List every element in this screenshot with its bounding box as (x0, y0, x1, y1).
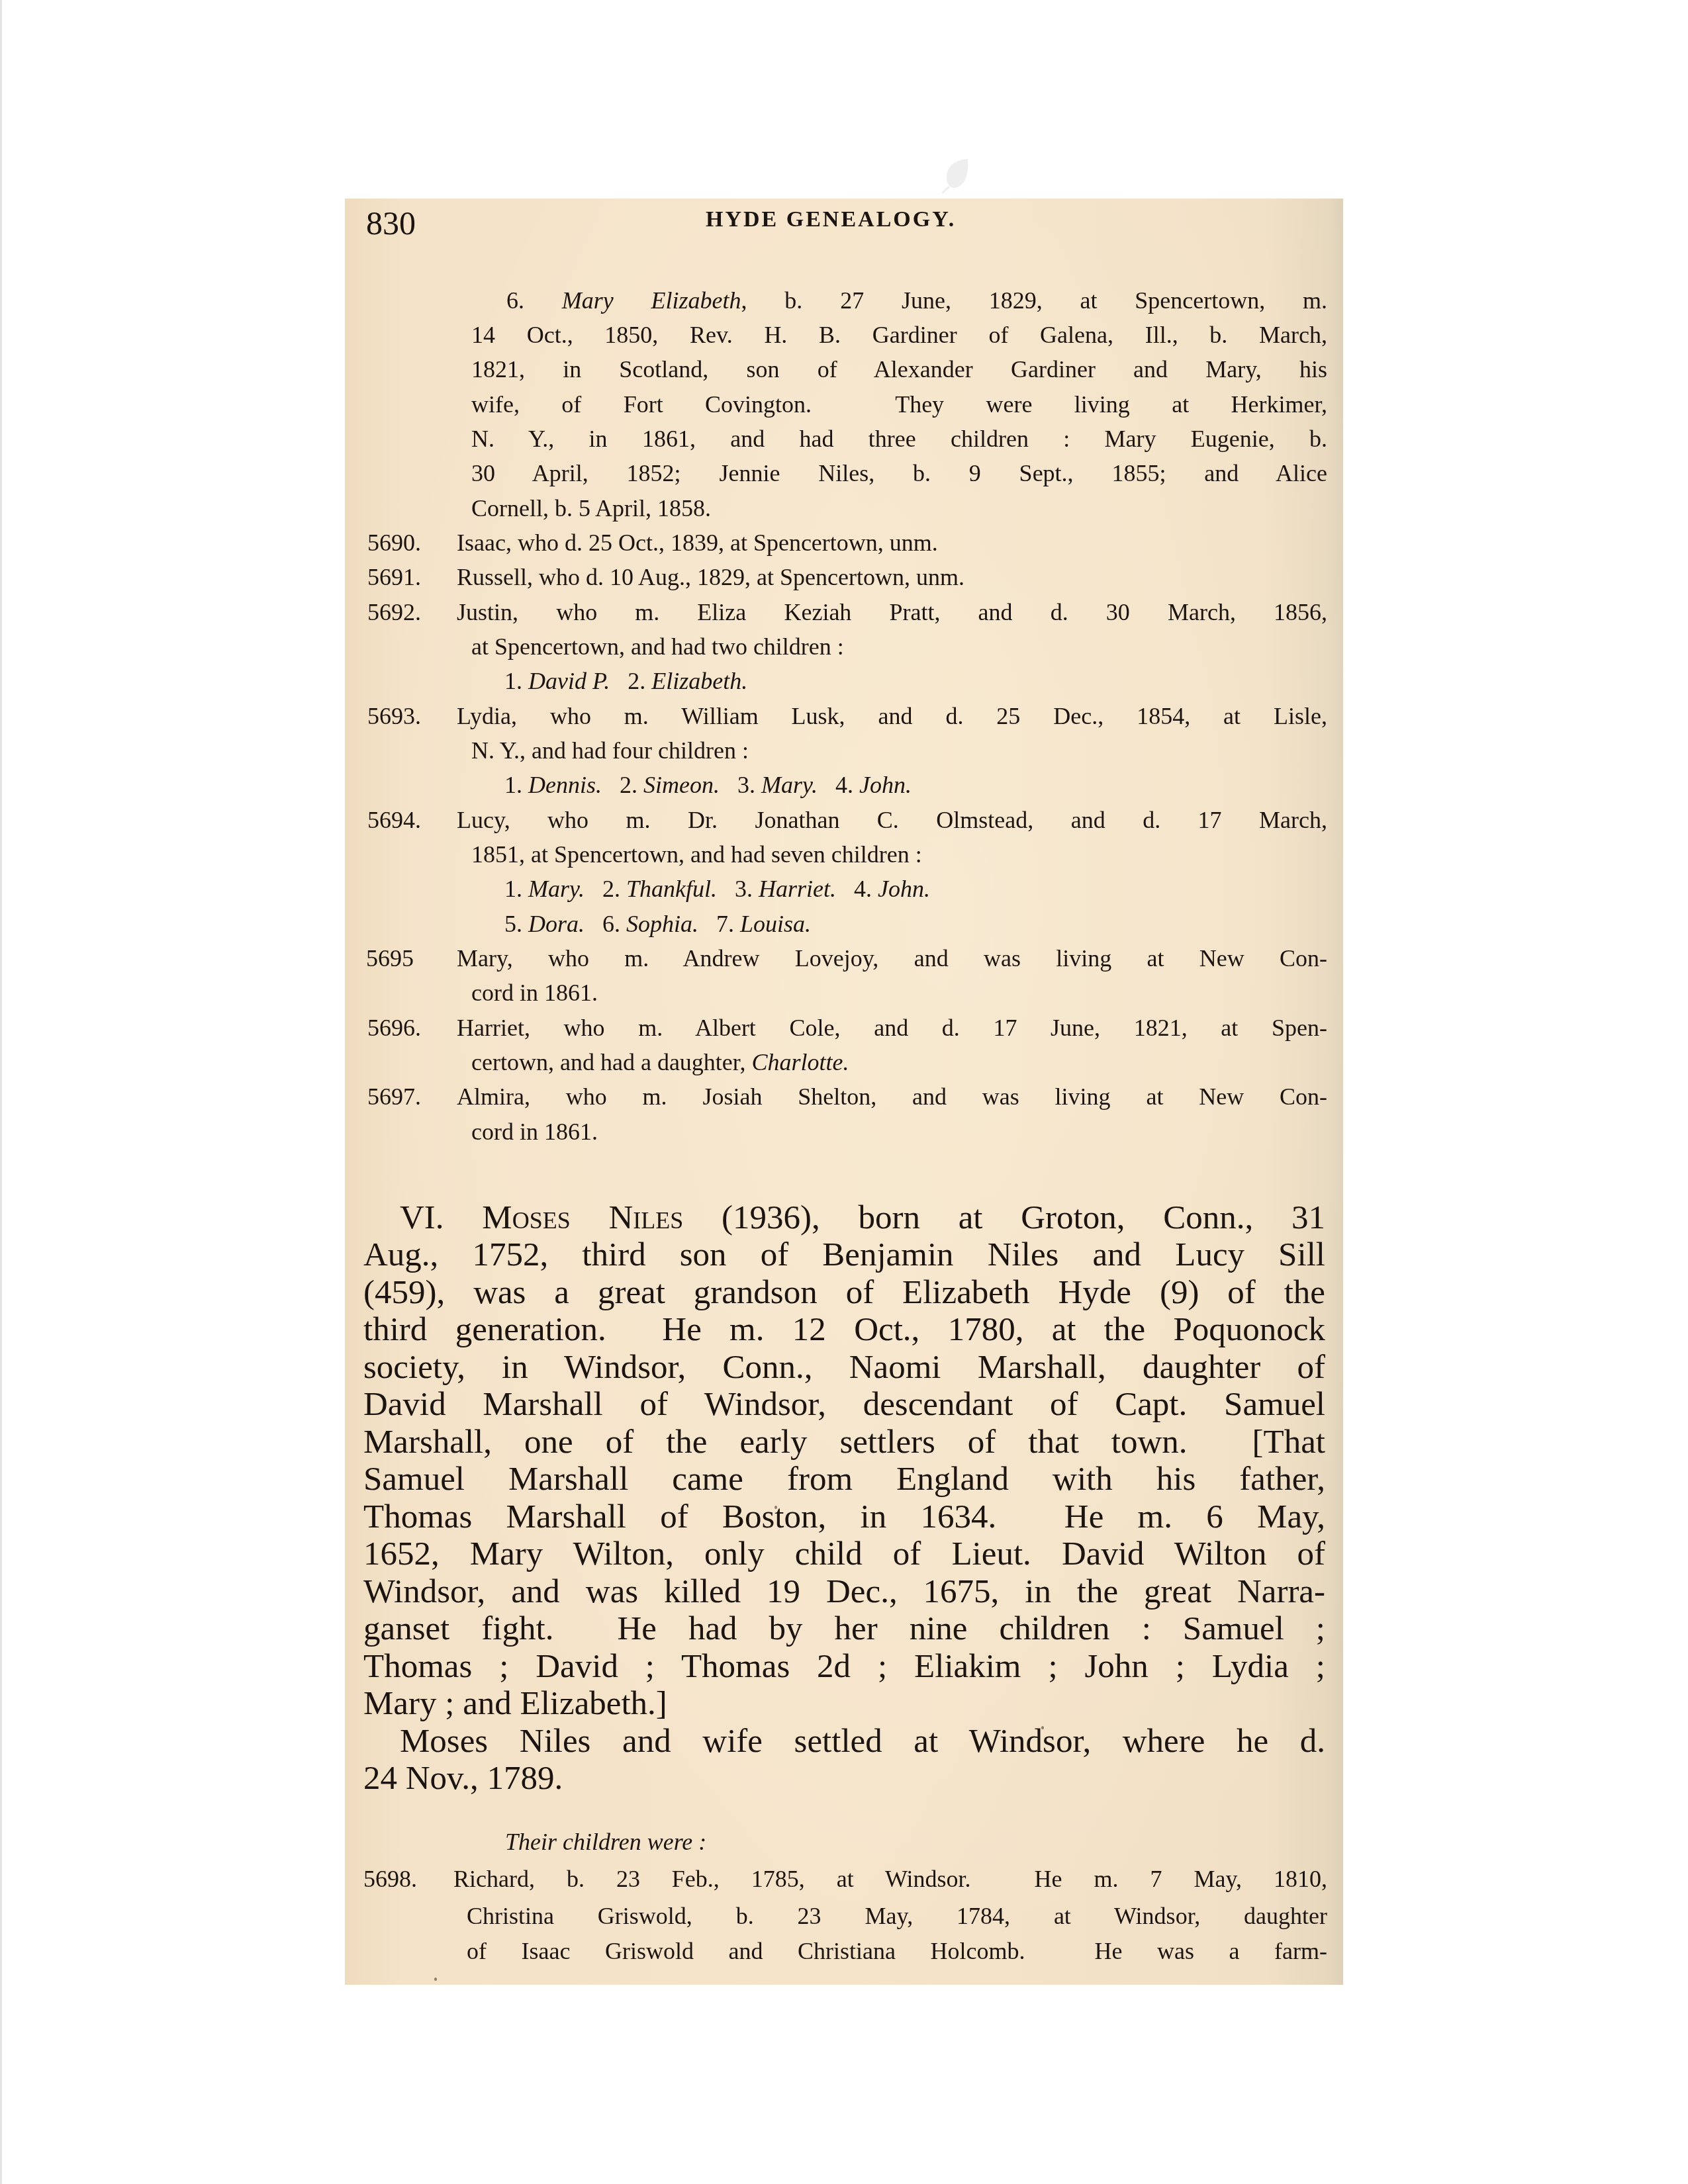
entry-number: 5692. (367, 600, 421, 624)
children-list: 1. Dennis. 2. Simeon. 3. Mary. 4. John. (504, 773, 912, 797)
entry-6-line: 30 April, 1852; Jennie Niles, b. 9 Sept.… (471, 461, 1327, 485)
entry-text: Lydia, who m. William Lusk, and d. 25 De… (457, 704, 1327, 728)
scan-speck (1041, 1726, 1044, 1729)
section-vi-heading-line: VI. Moses Niles (1936), born at Groton, … (400, 1201, 1325, 1235)
section-vi-line: Marshall, one of the early settlers of t… (363, 1426, 1325, 1459)
entry-number: 5694. (367, 808, 421, 832)
section-vi-line: David Marshall of Windsor, descendant of… (363, 1388, 1325, 1422)
entry-6-line: N. Y., in 1861, and had three children :… (471, 427, 1327, 451)
entry-text: Mary, who m. Andrew Lovejoy, and was liv… (457, 946, 1327, 970)
child-name: Mary Elizabeth (562, 287, 741, 314)
leaf-icon (941, 158, 970, 195)
running-title: HYDE GENEALOGY. (706, 208, 956, 231)
entry-number: 5698. (363, 1867, 417, 1891)
entry-number: 5690. (367, 531, 421, 555)
daughter-name: Charlotte. (751, 1049, 849, 1075)
entry-6-line-1: 6. Mary Elizabeth, b. 27 June, 1829, at … (506, 289, 1327, 312)
children-list: 1. David P. 2. Elizabeth. (504, 669, 747, 693)
entry-text: Isaac, who d. 25 Oct., 1839, at Spencert… (457, 531, 938, 555)
scan-speck (774, 1506, 777, 1509)
section-vi-line: society, in Windsor, Conn., Naomi Marsha… (363, 1351, 1325, 1385)
entry-6-line: 14 Oct., 1850, Rev. H. B. Gardiner of Ga… (471, 323, 1327, 347)
entry-6-line: 1821, in Scotland, son of Alexander Gard… (471, 357, 1327, 381)
section-vi-para2-line: Moses Niles and wife settled at Windsor,… (400, 1725, 1325, 1758)
entry-text: certown, and had a daughter, Charlotte. (471, 1050, 849, 1074)
page-number: 830 (366, 206, 416, 240)
section-vi-line: Samuel Marshall came from England with h… (363, 1463, 1325, 1496)
entry-6-line: Cornell, b. 5 April, 1858. (471, 496, 711, 520)
entry-number: 5696. (367, 1016, 421, 1040)
section-vi-line: third generation. He m. 12 Oct., 1780, a… (363, 1313, 1325, 1347)
entry-text: Christina Griswold, b. 23 May, 1784, at … (467, 1904, 1327, 1928)
section-numeral: VI. (400, 1199, 444, 1236)
section-vi-line: Mary ; and Elizabeth.] (363, 1687, 667, 1721)
entry-text: cord in 1861. (471, 1120, 598, 1144)
entry-number: 5695 (366, 946, 414, 970)
section-vi-line: Aug., 1752, third son of Benjamin Niles … (363, 1238, 1325, 1272)
entry-number: 5697. (367, 1085, 421, 1109)
children-list: 5. Dora. 6. Sophia. 7. Louisa. (504, 912, 811, 936)
entry-number: 5691. (367, 565, 421, 589)
children-subheading: Their children were : (505, 1830, 706, 1854)
entry-text: at Spencertown, and had two children : (471, 635, 844, 659)
entry-text: Lucy, who m. Dr. Jonathan C. Olmstead, a… (457, 808, 1327, 832)
entry-text: 1851, at Spencertown, and had seven chil… (471, 842, 922, 866)
entry-text: Justin, who m. Eliza Keziah Pratt, and d… (457, 600, 1327, 624)
entry-text: Russell, who d. 10 Aug., 1829, at Spence… (457, 565, 964, 589)
scan-speck (434, 1978, 437, 1981)
entry-text: N. Y., and had four children : (471, 739, 749, 762)
section-vi-para2-line: 24 Nov., 1789. (363, 1762, 563, 1796)
entry-text: Richard, b. 23 Feb., 1785, at Windsor. H… (453, 1867, 1327, 1891)
viewer-left-border (0, 0, 2, 2184)
section-vi-line: Thomas ; David ; Thomas 2d ; Eliakim ; J… (363, 1650, 1325, 1684)
section-vi-line: (459), was a great grandson of Elizabeth… (363, 1276, 1325, 1310)
section-person-name: Moses Niles (482, 1199, 683, 1236)
section-vi-line: 1652, Mary Wilton, only child of Lieut. … (363, 1537, 1325, 1571)
children-list: 1. Mary. 2. Thankful. 3. Harriet. 4. Joh… (504, 877, 930, 901)
entry-text: Almira, who m. Josiah Shelton, and was l… (457, 1085, 1327, 1109)
section-vi-line: Thomas Marshall of Boston, in 1634. He m… (363, 1500, 1325, 1534)
entry-text: Harriet, who m. Albert Cole, and d. 17 J… (457, 1016, 1327, 1040)
entry-number: 5693. (367, 704, 421, 728)
section-vi-line: Windsor, and was killed 19 Dec., 1675, i… (363, 1575, 1325, 1609)
entry-text: cord in 1861. (471, 981, 598, 1005)
section-vi-line: ganset fight. He had by her nine childre… (363, 1612, 1325, 1646)
entry-text: of Isaac Griswold and Christiana Holcomb… (467, 1939, 1327, 1963)
entry-6-line: wife, of Fort Covington. They were livin… (471, 392, 1327, 416)
